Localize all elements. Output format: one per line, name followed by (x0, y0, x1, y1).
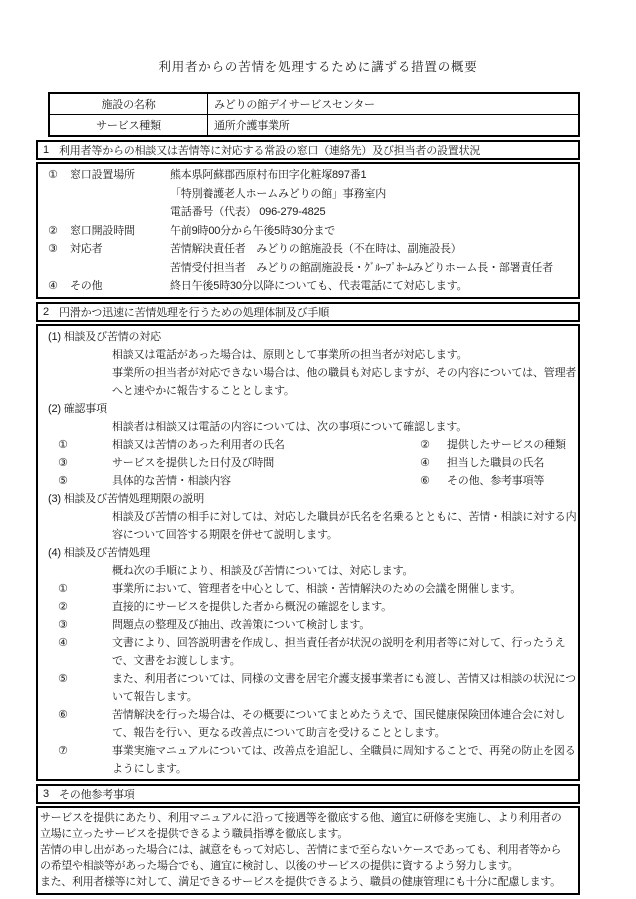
step-text: 苦情解決を行った場合は、その概要についてまとめたうえで、国民健康保険団体連合会に… (112, 706, 578, 742)
item-number: ⑤ (58, 670, 112, 688)
step-text: 文書により、回答説明書を作成し、担当責任者が状況の説明を利用者等に対して、行った… (112, 634, 578, 670)
step-line: 事業所において、管理者を中心として、相談・苦情解決のための会議を開催します。 (112, 580, 578, 598)
procedure-step: ⑤ また、利用者については、同様の文書を居宅介護支援事業者にも渡し、苦情又は相談… (38, 670, 578, 706)
item-number: ④ (48, 277, 70, 296)
step-line: 事業実施マニュアルについては、改善点を追記し、全職員に周知することで、再発の防止… (112, 742, 578, 760)
step-text: また、利用者については、同様の文書を居宅介護支援事業者にも渡し、苦情又は相談の状… (112, 670, 578, 706)
item-number: ② (420, 436, 447, 454)
responder-line: 苦情解決責任者 みどりの館施設長（不在時は、副施設長） (170, 240, 578, 259)
section1-title: 利用者等からの相談又は苦情等に対応する常設の窓口（連絡先）及び担当者の設置状況 (59, 142, 480, 158)
checklist-item: サービスを提供した日付及び時間 (112, 454, 420, 472)
phone-line: 電話番号（代表） 096-279-4825 (170, 203, 578, 222)
section1-content: ① 窓口設置場所 熊本県阿蘇郡西原村布田字化粧塚897番1 「特別養護老人ホーム… (36, 162, 580, 299)
step-text: 問題点の整理及び抽出、改善策について検討します。 (112, 616, 578, 634)
item-number: ⑦ (58, 742, 112, 760)
item-number: ③ (58, 616, 112, 634)
section2-content: (1) 相談及び苦情の対応 相談又は電話があった場合は、原則として事業所の担当者… (36, 324, 580, 781)
procedure-step: ① 事業所において、管理者を中心として、相談・苦情解決のための会議を開催します。 (38, 580, 578, 598)
sub4-intro: 概ね次の手順により、相談及び苦情については、対応します。 (38, 562, 578, 580)
section2-title: 円滑かつ迅速に苦情処理を行うための処理体制及び手順 (59, 304, 329, 320)
item-number: ① (58, 436, 112, 454)
step-line: 苦情解決を行った場合は、その概要についてまとめたうえで、国民健康保険団体連合会に… (112, 706, 578, 724)
item-number: ⑥ (58, 706, 112, 724)
checklist-item: 具体的な苦情・相談内容 (112, 472, 420, 490)
sub1-heading: (1) 相談及び苦情の対応 (38, 328, 578, 346)
item-value: 苦情解決責任者 みどりの館施設長（不在時は、副施設長） 苦情受付担当者 みどりの… (170, 240, 578, 277)
item-number: ④ (58, 634, 112, 652)
other-line: 終日午後5時30分以降についても、代表電話にて対応します。 (170, 277, 578, 296)
procedure-step: ④ 文書により、回答説明書を作成し、担当責任者が状況の説明を利用者等に対して、行… (38, 634, 578, 670)
procedure-step: ⑥ 苦情解決を行った場合は、その概要についてまとめたうえで、国民健康保険団体連合… (38, 706, 578, 742)
item-number: ② (58, 598, 112, 616)
responder-line: 苦情受付担当者 みどりの館副施設長・ｸﾞﾙｰﾌﾟﾎｰﾑみどりホーム長・部署責任者 (170, 259, 578, 278)
step-text: 事業実施マニュアルについては、改善点を追記し、全職員に周知することで、再発の防止… (112, 742, 578, 778)
step-line: ようにします。 (112, 760, 578, 778)
contact-location-row: ① 窓口設置場所 熊本県阿蘇郡西原村布田字化粧塚897番1 「特別養護老人ホーム… (38, 166, 578, 222)
step-text: 事業所において、管理者を中心として、相談・苦情解決のための会議を開催します。 (112, 580, 578, 598)
item-number: ③ (58, 454, 112, 472)
hours-line: 午前9時00分から午後5時30分まで (170, 222, 578, 241)
step-line: いて報告します。 (112, 688, 578, 706)
remarks-line: サービスを提供にあたり、利用マニュアルに沿って接遇等を徹底する他、適宜に研修を実… (40, 810, 578, 826)
section3-content: サービスを提供にあたり、利用マニュアルに沿って接遇等を徹底する他、適宜に研修を実… (36, 806, 580, 895)
item-value: 終日午後5時30分以降についても、代表電話にて対応します。 (170, 277, 578, 296)
section1-number: 1 (43, 144, 59, 156)
item-label: 対応者 (70, 240, 170, 259)
section3-number: 3 (43, 788, 59, 800)
contact-hours-row: ② 窓口開設時間 午前9時00分から午後5時30分まで (38, 222, 578, 241)
checklist-row: ⑤ 具体的な苦情・相談内容 ⑥ その他、参考事項等 (38, 472, 578, 490)
section3-header: 3 その他参考事項 (36, 784, 580, 804)
document-page: 利用者からの苦情を処理するために講ずる措置の概要 施設の名称 みどりの館デイサー… (0, 0, 636, 899)
building-line: 「特別養護老人ホームみどりの館」事務室内 (170, 185, 578, 204)
service-type-label: サービス種類 (49, 115, 208, 137)
section2-number: 2 (43, 306, 59, 318)
remarks-line: また、利用者様等に対して、満足できるサービスを提供できるよう、職員の健康管理にも… (40, 874, 578, 890)
remarks-line: 立場に立ったサービスを提供できるよう職員指導を徹底します。 (40, 826, 578, 842)
sub4-heading: (4) 相談及び苦情処理 (38, 544, 578, 562)
step-line: て、報告を行い、更なる改善点について助言を受けることとします。 (112, 724, 578, 742)
remarks-line: の希望や相談等があった場合でも、適宜に検討し、以後のサービスの提供に資するよう努… (40, 858, 578, 874)
step-line: 直接的にサービスを提供した者から概況の確認をします。 (112, 598, 578, 616)
service-type-value: 通所介護事業所 (208, 115, 580, 137)
sub1-line: へと速やかに報告することとします。 (38, 382, 578, 400)
sub1-line: 相談又は電話があった場合は、原則として事業所の担当者が対応します。 (38, 346, 578, 364)
facility-name-label: 施設の名称 (49, 93, 208, 115)
step-line: また、利用者については、同様の文書を居宅介護支援事業者にも渡し、苦情又は相談の状… (112, 670, 578, 688)
checklist-row: ① 相談又は苦情のあった利用者の氏名 ② 提供したサービスの種類 (38, 436, 578, 454)
step-line: で、文書をお渡しします。 (112, 652, 578, 670)
item-value: 熊本県阿蘇郡西原村布田字化粧塚897番1 「特別養護老人ホームみどりの館」事務室… (170, 166, 578, 222)
sub2-intro: 相談者は相談又は電話の内容については、次の事項について確認します。 (38, 418, 578, 436)
table-row: 施設の名称 みどりの館デイサービスセンター (49, 93, 579, 115)
responders-row: ③ 対応者 苦情解決責任者 みどりの館施設長（不在時は、副施設長） 苦情受付担当… (38, 240, 578, 277)
facility-name-value: みどりの館デイサービスセンター (208, 93, 580, 115)
step-text: 直接的にサービスを提供した者から概況の確認をします。 (112, 598, 578, 616)
procedure-step: ③ 問題点の整理及び抽出、改善策について検討します。 (38, 616, 578, 634)
sub3-line: 容について回答する期限を併せて説明します。 (38, 526, 578, 544)
facility-info-table: 施設の名称 みどりの館デイサービスセンター サービス種類 通所介護事業所 (48, 92, 580, 137)
item-number: ③ (48, 240, 70, 259)
item-label: その他 (70, 277, 170, 296)
address-line: 熊本県阿蘇郡西原村布田字化粧塚897番1 (170, 166, 578, 185)
item-value: 午前9時00分から午後5時30分まで (170, 222, 578, 241)
page-title: 利用者からの苦情を処理するために講ずる措置の概要 (0, 0, 636, 75)
item-number: ② (48, 222, 70, 241)
item-number: ⑥ (420, 472, 447, 490)
other-row: ④ その他 終日午後5時30分以降についても、代表電話にて対応します。 (38, 277, 578, 296)
checklist-item: その他、参考事項等 (447, 472, 578, 490)
section3-title: その他参考事項 (59, 786, 135, 802)
section1-header: 1 利用者等からの相談又は苦情等に対応する常設の窓口（連絡先）及び担当者の設置状… (36, 140, 580, 160)
item-number: ⑤ (58, 472, 112, 490)
item-number: ④ (420, 454, 447, 472)
checklist-item: 担当した職員の氏名 (447, 454, 578, 472)
item-label: 窓口開設時間 (70, 222, 170, 241)
section2-header: 2 円滑かつ迅速に苦情処理を行うための処理体制及び手順 (36, 302, 580, 322)
sub3-heading: (3) 相談及び苦情処理期限の説明 (38, 490, 578, 508)
item-number: ① (48, 166, 70, 185)
remarks-line: 苦情の申し出があった場合には、誠意をもって対応し、苦情にまで至らないケースであっ… (40, 842, 578, 858)
procedure-step: ② 直接的にサービスを提供した者から概況の確認をします。 (38, 598, 578, 616)
sub3-line: 相談及び苦情の相手に対しては、対応した職員が氏名を名乗るとともに、苦情・相談に対… (38, 508, 578, 526)
table-row: サービス種類 通所介護事業所 (49, 115, 579, 137)
item-label: 窓口設置場所 (70, 166, 170, 185)
step-line: 文書により、回答説明書を作成し、担当責任者が状況の説明を利用者等に対して、行った… (112, 634, 578, 652)
checklist-row: ③ サービスを提供した日付及び時間 ④ 担当した職員の氏名 (38, 454, 578, 472)
step-line: 問題点の整理及び抽出、改善策について検討します。 (112, 616, 578, 634)
sub2-heading: (2) 確認事項 (38, 400, 578, 418)
item-number: ① (58, 580, 112, 598)
sub1-line: 事業所の担当者が対応できない場合は、他の職員も対応しますが、その内容については、… (38, 364, 578, 382)
procedure-step: ⑦ 事業実施マニュアルについては、改善点を追記し、全職員に周知することで、再発の… (38, 742, 578, 778)
checklist-item: 提供したサービスの種類 (447, 436, 578, 454)
checklist-item: 相談又は苦情のあった利用者の氏名 (112, 436, 420, 454)
